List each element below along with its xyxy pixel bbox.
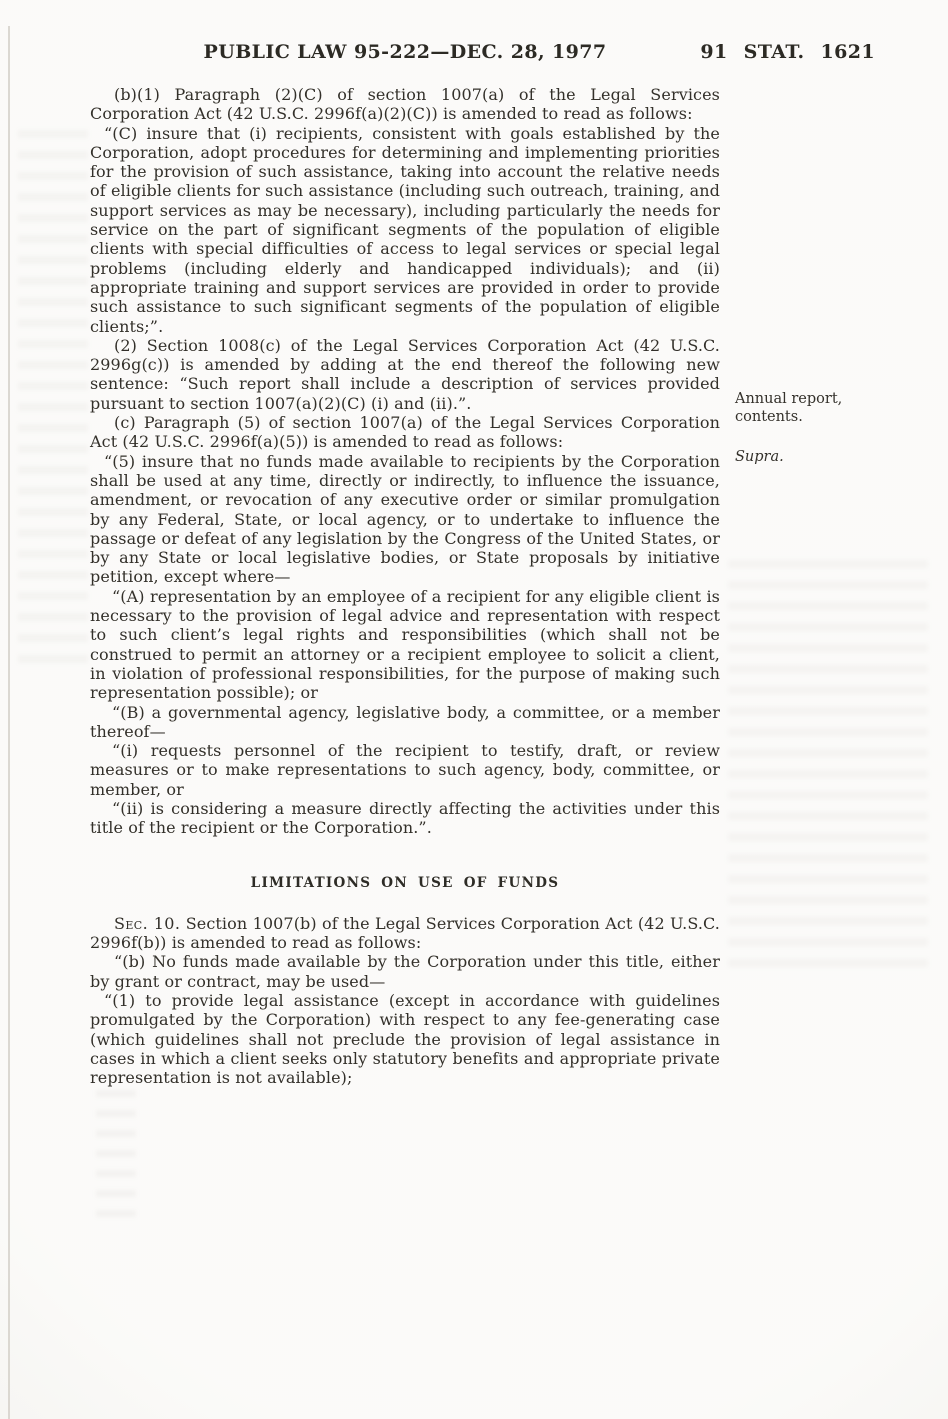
quoted-block-B: “(B) a governmental agency, legislative …	[90, 703, 720, 742]
bleedthrough-smudge	[728, 560, 928, 980]
statute-scan-page: PUBLIC LAW 95-222—DEC. 28, 1977 91 STAT.…	[0, 0, 948, 1419]
quoted-block-i: “(i) requests personnel of the recipient…	[90, 741, 720, 799]
paragraph-b1: (b)(1) Paragraph (2)(C) of section 1007(…	[90, 85, 720, 124]
section-number-lead: Sec. 10.	[114, 914, 180, 933]
quoted-block-1: “(1) to provide legal assistance (except…	[90, 991, 720, 1087]
quoted-block-A: “(A) representation by an employee of a …	[90, 587, 720, 703]
paragraph-b-no-funds: “(b) No funds made available by the Corp…	[90, 952, 720, 991]
quoted-block-ii: “(ii) is considering a measure directly …	[90, 799, 720, 838]
paragraph-c: (c) Paragraph (5) of section 1007(a) of …	[90, 413, 720, 452]
quoted-block-5: “(5) insure that no funds made available…	[90, 452, 720, 587]
cross-heading-limitations: LIMITATIONS ON USE OF FUNDS	[90, 874, 720, 893]
margin-note-supra: Supra.	[735, 449, 860, 467]
page-header-stat-citation: 91 STAT. 1621	[700, 41, 875, 63]
paragraph-2: (2) Section 1008(c) of the Legal Service…	[90, 336, 720, 413]
paragraph-sec10-text: Section 1007(b) of the Legal Services Co…	[90, 914, 720, 952]
bleedthrough-smudge	[18, 130, 88, 670]
quoted-block-C: “(C) insure that (i) recipients, consist…	[90, 124, 720, 336]
page-header-running-title: PUBLIC LAW 95-222—DEC. 28, 1977	[90, 41, 720, 63]
scan-edge-line	[8, 26, 10, 1419]
margin-note-annual-report: Annual report, contents.	[735, 391, 860, 426]
paragraph-sec10: Sec. 10. Section 1007(b) of the Legal Se…	[90, 914, 720, 953]
bleedthrough-smudge	[96, 1090, 136, 1230]
statute-text-column: (b)(1) Paragraph (2)(C) of section 1007(…	[90, 85, 720, 1088]
